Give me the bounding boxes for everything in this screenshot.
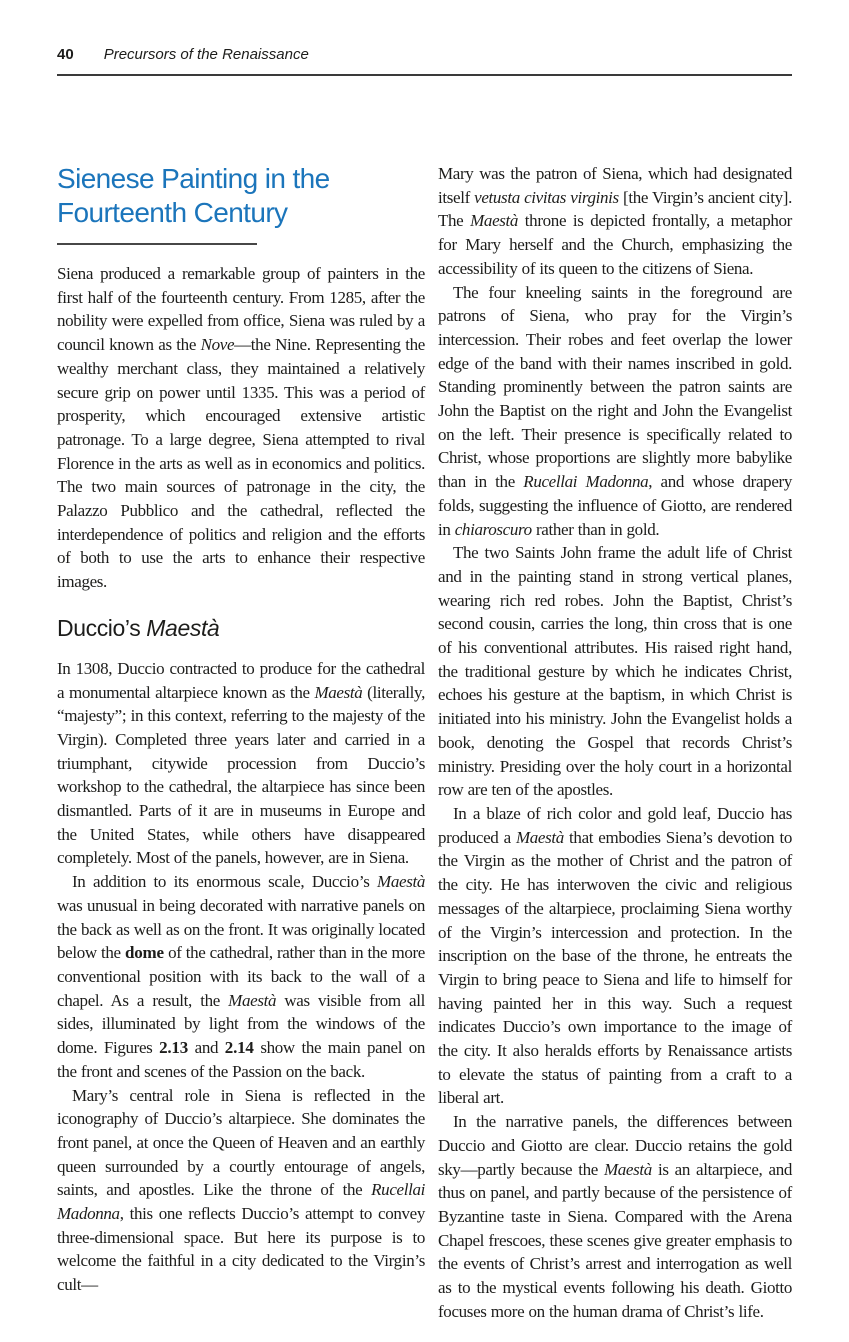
text-segment: The four kneeling saints in the foregrou… — [438, 283, 792, 492]
text-segment: chiaroscuro — [455, 520, 532, 539]
body-paragraph: Mary’s central role in Siena is reflecte… — [57, 1084, 425, 1297]
body-paragraph: The four kneeling saints in the foregrou… — [438, 281, 792, 542]
text-segment: The two Saints John frame the adult life… — [438, 543, 792, 799]
text-segment: 2.14 — [225, 1038, 254, 1057]
section-title-line: Sienese Painting in the — [57, 162, 425, 196]
header-rule — [57, 74, 792, 76]
text-segment: Maestà — [516, 828, 564, 847]
text-segment: and — [188, 1038, 225, 1057]
text-segment: (literally, “majesty”; in this context, … — [57, 683, 425, 868]
text-segment: is an altarpiece, and thus on panel, and… — [438, 1160, 792, 1321]
column-right: Mary was the patron of Siena, which had … — [438, 162, 792, 1323]
text-segment: In addition to its enormous scale, Ducci… — [72, 872, 377, 891]
body-paragraph: In addition to its enormous scale, Ducci… — [57, 870, 425, 1083]
left-column-text: Siena produced a remarkable group of pai… — [57, 245, 425, 1297]
section-title: Sienese Painting in the Fourteenth Centu… — [57, 162, 425, 230]
header-row: 40 Precursors of the Renaissance — [57, 46, 792, 63]
body-paragraph: Mary was the patron of Siena, which had … — [438, 162, 792, 281]
body-paragraph: In 1308, Duccio contracted to produce fo… — [57, 657, 425, 870]
section-title-line: Fourteenth Century — [57, 196, 425, 230]
book-page: 40 Precursors of the Renaissance Sienese… — [0, 0, 849, 1342]
column-left: Sienese Painting in the Fourteenth Centu… — [57, 162, 425, 1323]
text-segment: Maestà — [314, 683, 362, 702]
running-title: Precursors of the Renaissance — [104, 46, 309, 63]
text-segment: Maestà — [470, 211, 518, 230]
text-segment: —the Nine. Representing the wealthy merc… — [57, 335, 425, 591]
body-paragraph: The two Saints John frame the adult life… — [438, 541, 792, 802]
page-header: 40 Precursors of the Renaissance — [57, 46, 792, 76]
text-segment: Nove — [201, 335, 235, 354]
page-number: 40 — [57, 46, 74, 63]
text-segment: Maestà — [146, 615, 219, 641]
text-segment: Maestà — [377, 872, 425, 891]
text-segment: dome — [125, 943, 164, 962]
body-paragraph: Siena produced a remarkable group of pai… — [57, 262, 425, 594]
text-segment: Mary’s central role in Siena is reflecte… — [57, 1086, 425, 1200]
right-column-text: Mary was the patron of Siena, which had … — [438, 162, 792, 1323]
body-paragraph: In a blaze of rich color and gold leaf, … — [438, 802, 792, 1110]
body-paragraph: In the narrative panels, the differences… — [438, 1110, 792, 1323]
two-column-layout: Sienese Painting in the Fourteenth Centu… — [57, 162, 792, 1323]
text-segment: rather than in gold. — [532, 520, 659, 539]
text-segment: Rucellai Madonna — [523, 472, 648, 491]
text-segment: 2.13 — [159, 1038, 188, 1057]
subsection-heading: Duccio’s Maestà — [57, 615, 425, 642]
text-segment: that embodies Siena’s devotion to the Vi… — [438, 828, 792, 1108]
text-segment: vetusta civitas virginis — [474, 188, 619, 207]
text-segment: Maestà — [228, 991, 276, 1010]
text-segment: Maestà — [604, 1160, 652, 1179]
text-segment: Duccio’s — [57, 615, 146, 641]
